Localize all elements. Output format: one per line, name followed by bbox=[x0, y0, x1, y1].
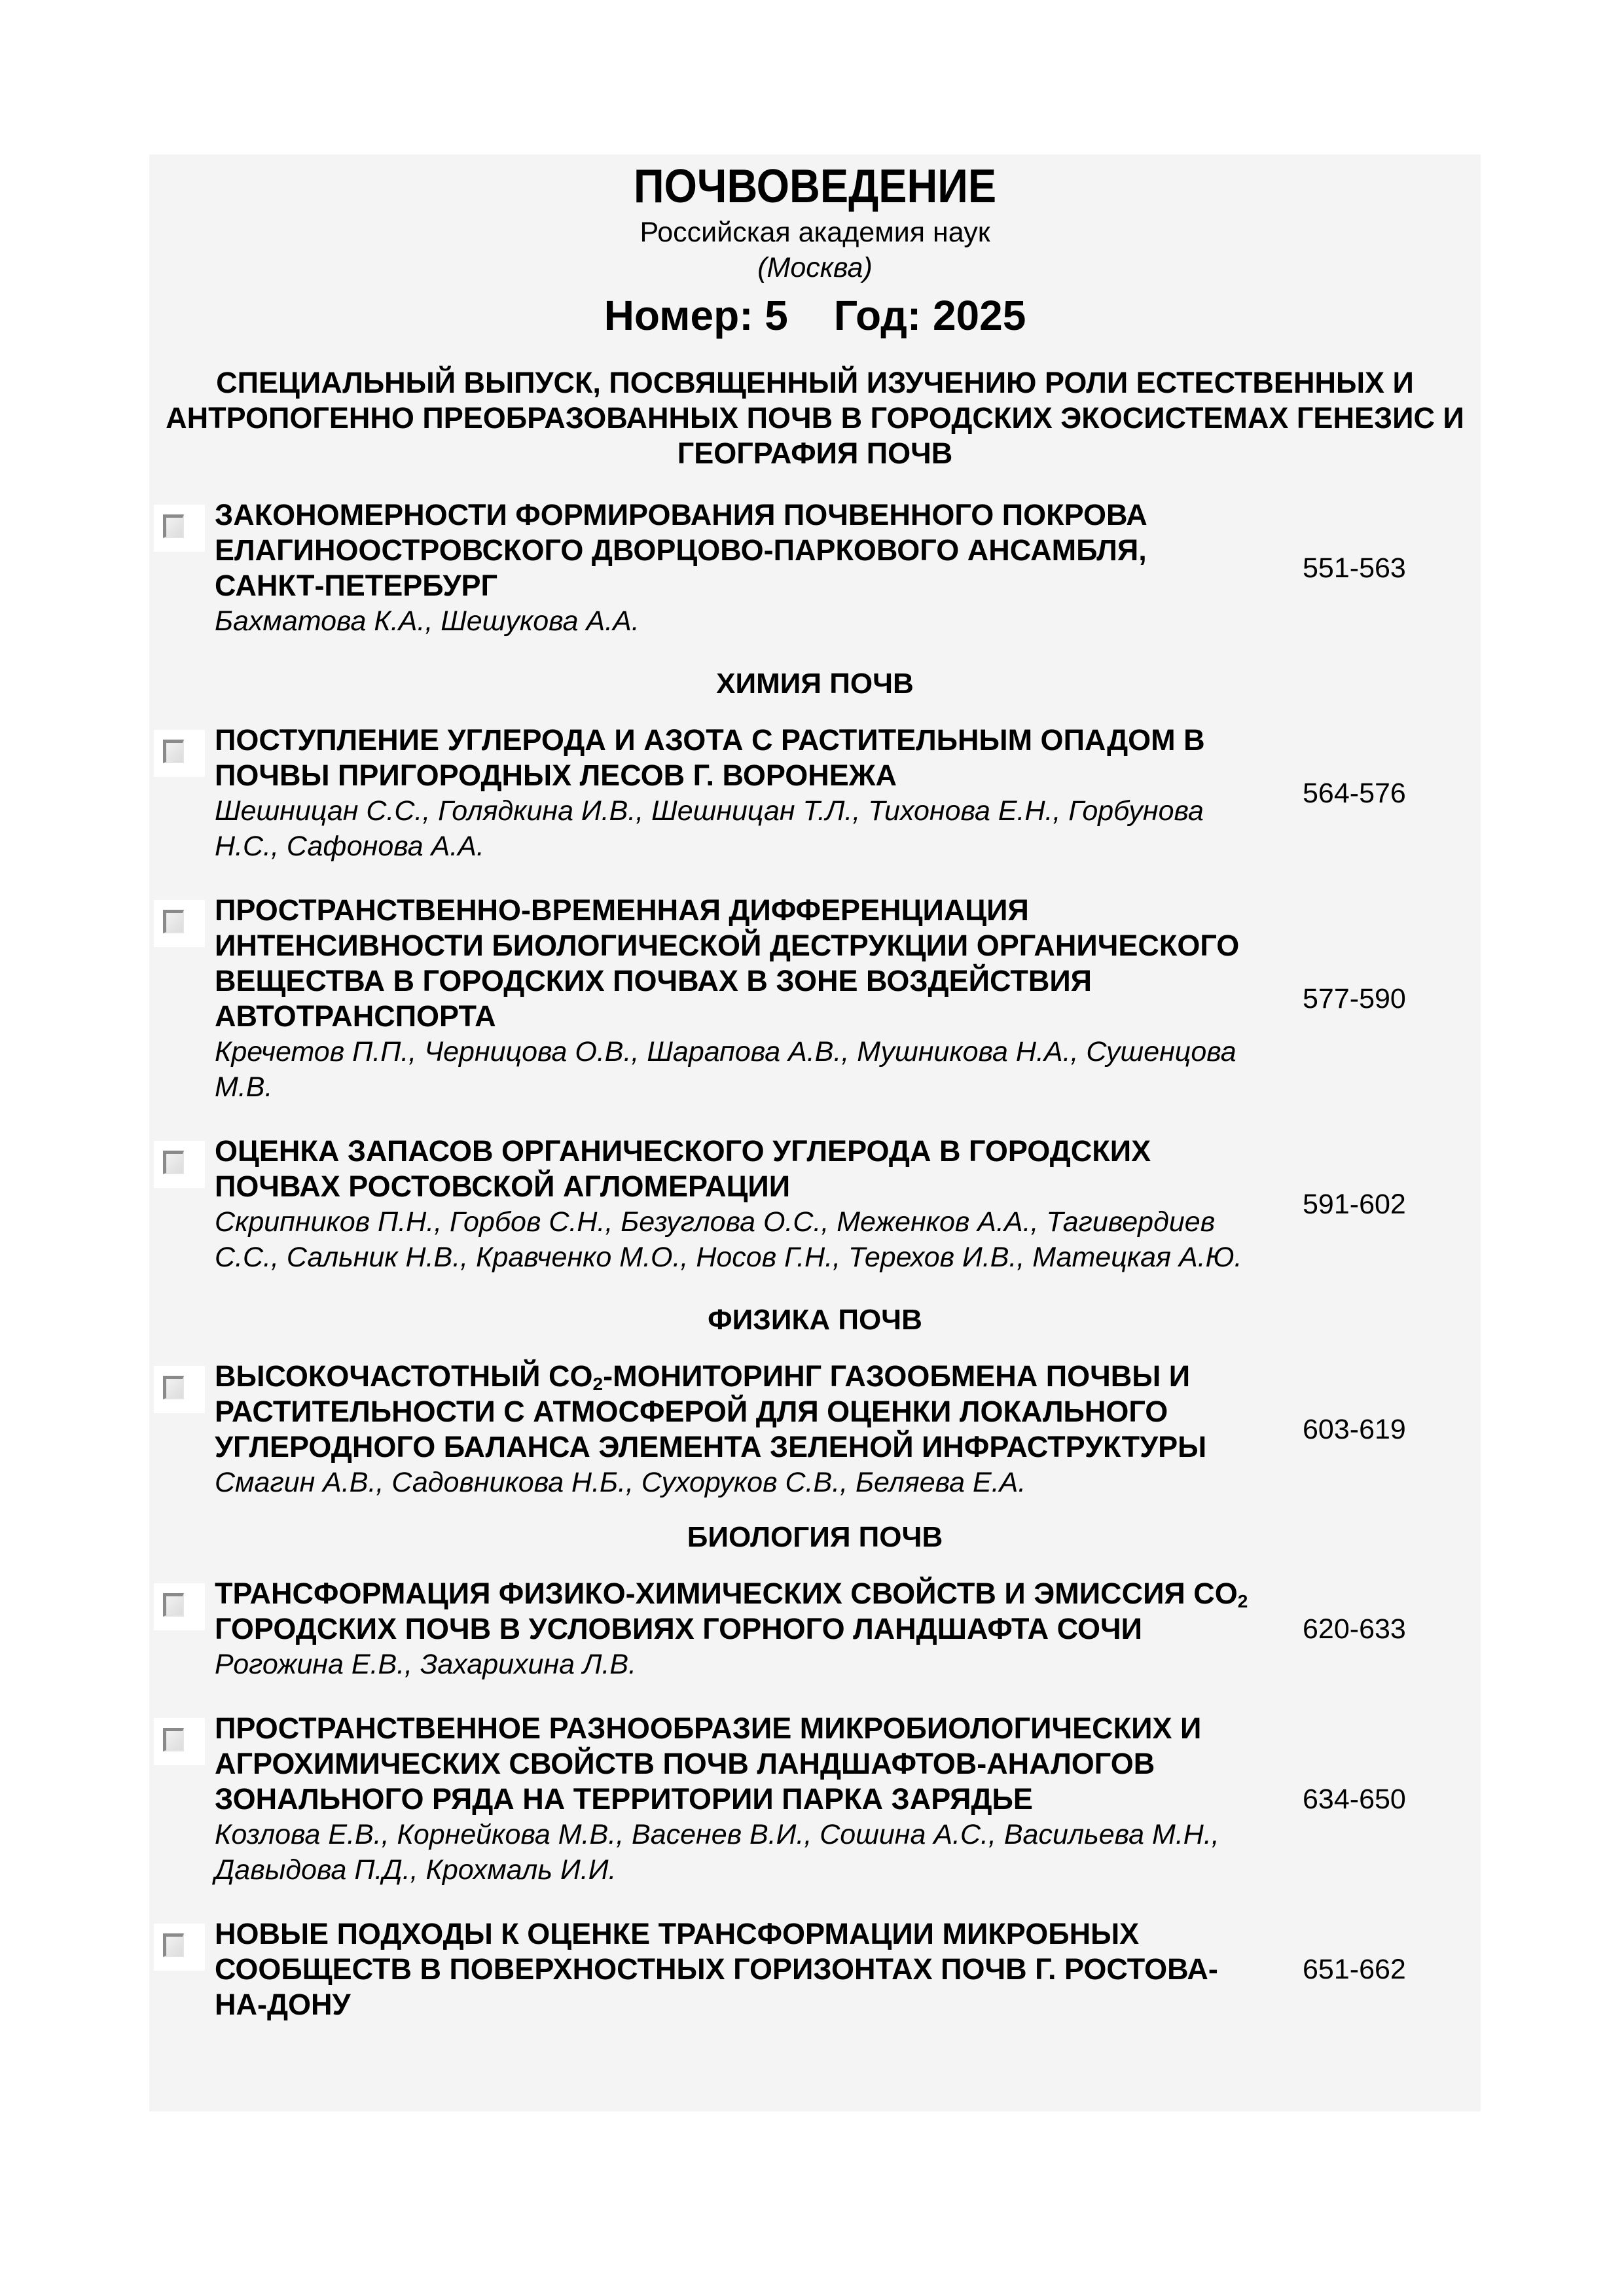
select-checkbox[interactable] bbox=[154, 505, 205, 552]
article-title[interactable]: ВЫСОКОЧАСТОТНЫЙ CO2-МОНИТОРИНГ ГАЗООБМЕН… bbox=[215, 1359, 1262, 1465]
article-title[interactable]: НОВЫЕ ПОДХОДЫ К ОЦЕНКЕ ТРАНСФОРМАЦИИ МИК… bbox=[215, 1916, 1262, 2022]
article-authors: Шешницан С.С., Голядкина И.В., Шешницан … bbox=[215, 793, 1262, 864]
article-pages: 603-619 bbox=[1262, 1359, 1481, 1500]
article-entry: ВЫСОКОЧАСТОТНЫЙ CO2-МОНИТОРИНГ ГАЗООБМЕН… bbox=[149, 1359, 1481, 1500]
article-title[interactable]: ОЦЕНКА ЗАПАСОВ ОРГАНИЧЕСКОГО УГЛЕРОДА В … bbox=[215, 1134, 1262, 1204]
issue-number: Номер: 5 bbox=[604, 292, 788, 339]
article-title[interactable]: ПОСТУПЛЕНИЕ УГЛЕРОДА И АЗОТА С РАСТИТЕЛЬ… bbox=[215, 723, 1262, 793]
select-checkbox[interactable] bbox=[154, 1141, 205, 1188]
article-entry: ПРОСТРАНСТВЕННО-ВРЕМЕННАЯ ДИФФЕРЕНЦИАЦИЯ… bbox=[149, 893, 1481, 1105]
section-heading-chemistry: ХИМИЯ ПОЧВ bbox=[149, 666, 1481, 702]
special-issue-heading: СПЕЦИАЛЬНЫЙ ВЫПУСК, ПОСВЯЩЕННЫЙ ИЗУЧЕНИЮ… bbox=[149, 365, 1481, 471]
article-entry: НОВЫЕ ПОДХОДЫ К ОЦЕНКЕ ТРАНСФОРМАЦИИ МИК… bbox=[149, 1916, 1481, 2022]
article-entry: ПРОСТРАНСТВЕННОЕ РАЗНООБРАЗИЕ МИКРОБИОЛО… bbox=[149, 1711, 1481, 1888]
article-authors: Смагин А.В., Садовникова Н.Б., Сухоруков… bbox=[215, 1465, 1262, 1500]
article-title[interactable]: ПРОСТРАНСТВЕННОЕ РАЗНООБРАЗИЕ МИКРОБИОЛО… bbox=[215, 1711, 1262, 1817]
journal-header: ПОЧВОВЕДЕНИЕ Российская академия наук (М… bbox=[149, 157, 1481, 342]
journal-contents-page: ПОЧВОВЕДЕНИЕ Российская академия наук (М… bbox=[149, 154, 1481, 2111]
article-pages: 651-662 bbox=[1262, 1916, 1481, 2022]
article-authors: Скрипников П.Н., Горбов С.Н., Безуглова … bbox=[215, 1204, 1262, 1275]
article-pages: 564-576 bbox=[1262, 723, 1481, 864]
article-entry: ОЦЕНКА ЗАПАСОВ ОРГАНИЧЕСКОГО УГЛЕРОДА В … bbox=[149, 1134, 1481, 1275]
article-pages: 577-590 bbox=[1262, 893, 1481, 1105]
select-checkbox[interactable] bbox=[154, 1366, 205, 1413]
article-pages: 591-602 bbox=[1262, 1134, 1481, 1275]
select-checkbox[interactable] bbox=[154, 900, 205, 947]
article-title[interactable]: ТРАНСФОРМАЦИЯ ФИЗИКО-ХИМИЧЕСКИХ СВОЙСТВ … bbox=[215, 1576, 1262, 1647]
article-authors: Бахматова К.А., Шешукова А.А. bbox=[215, 603, 1262, 639]
issue-year: Год: 2025 bbox=[834, 292, 1026, 339]
article-pages: 551-563 bbox=[1262, 497, 1481, 639]
publisher-city: (Москва) bbox=[149, 250, 1481, 285]
article-entry: ЗАКОНОМЕРНОСТИ ФОРМИРОВАНИЯ ПОЧВЕННОГО П… bbox=[149, 497, 1481, 639]
article-authors: Рогожина Е.В., Захарихина Л.В. bbox=[215, 1647, 1262, 1682]
select-checkbox[interactable] bbox=[154, 1924, 205, 1971]
journal-title: ПОЧВОВЕДЕНИЕ bbox=[216, 157, 1415, 216]
select-checkbox[interactable] bbox=[154, 1583, 205, 1630]
section-heading-biology: БИОЛОГИЯ ПОЧВ bbox=[149, 1520, 1481, 1555]
article-authors: Козлова Е.В., Корнейкова М.В., Васенев В… bbox=[215, 1817, 1262, 1888]
publisher: Российская академия наук bbox=[149, 215, 1481, 250]
article-title[interactable]: ЗАКОНОМЕРНОСТИ ФОРМИРОВАНИЯ ПОЧВЕННОГО П… bbox=[215, 497, 1262, 603]
article-pages: 634-650 bbox=[1262, 1711, 1481, 1888]
article-entry: ТРАНСФОРМАЦИЯ ФИЗИКО-ХИМИЧЕСКИХ СВОЙСТВ … bbox=[149, 1576, 1481, 1682]
issue-info: Номер: 5Год: 2025 bbox=[149, 289, 1481, 342]
article-authors: Кречетов П.П., Черницова О.В., Шарапова … bbox=[215, 1034, 1262, 1105]
article-title[interactable]: ПРОСТРАНСТВЕННО-ВРЕМЕННАЯ ДИФФЕРЕНЦИАЦИЯ… bbox=[215, 893, 1262, 1034]
article-entry: ПОСТУПЛЕНИЕ УГЛЕРОДА И АЗОТА С РАСТИТЕЛЬ… bbox=[149, 723, 1481, 864]
select-checkbox[interactable] bbox=[154, 1718, 205, 1765]
section-heading-physics: ФИЗИКА ПОЧВ bbox=[149, 1302, 1481, 1338]
select-checkbox[interactable] bbox=[154, 730, 205, 777]
article-pages: 620-633 bbox=[1262, 1576, 1481, 1682]
